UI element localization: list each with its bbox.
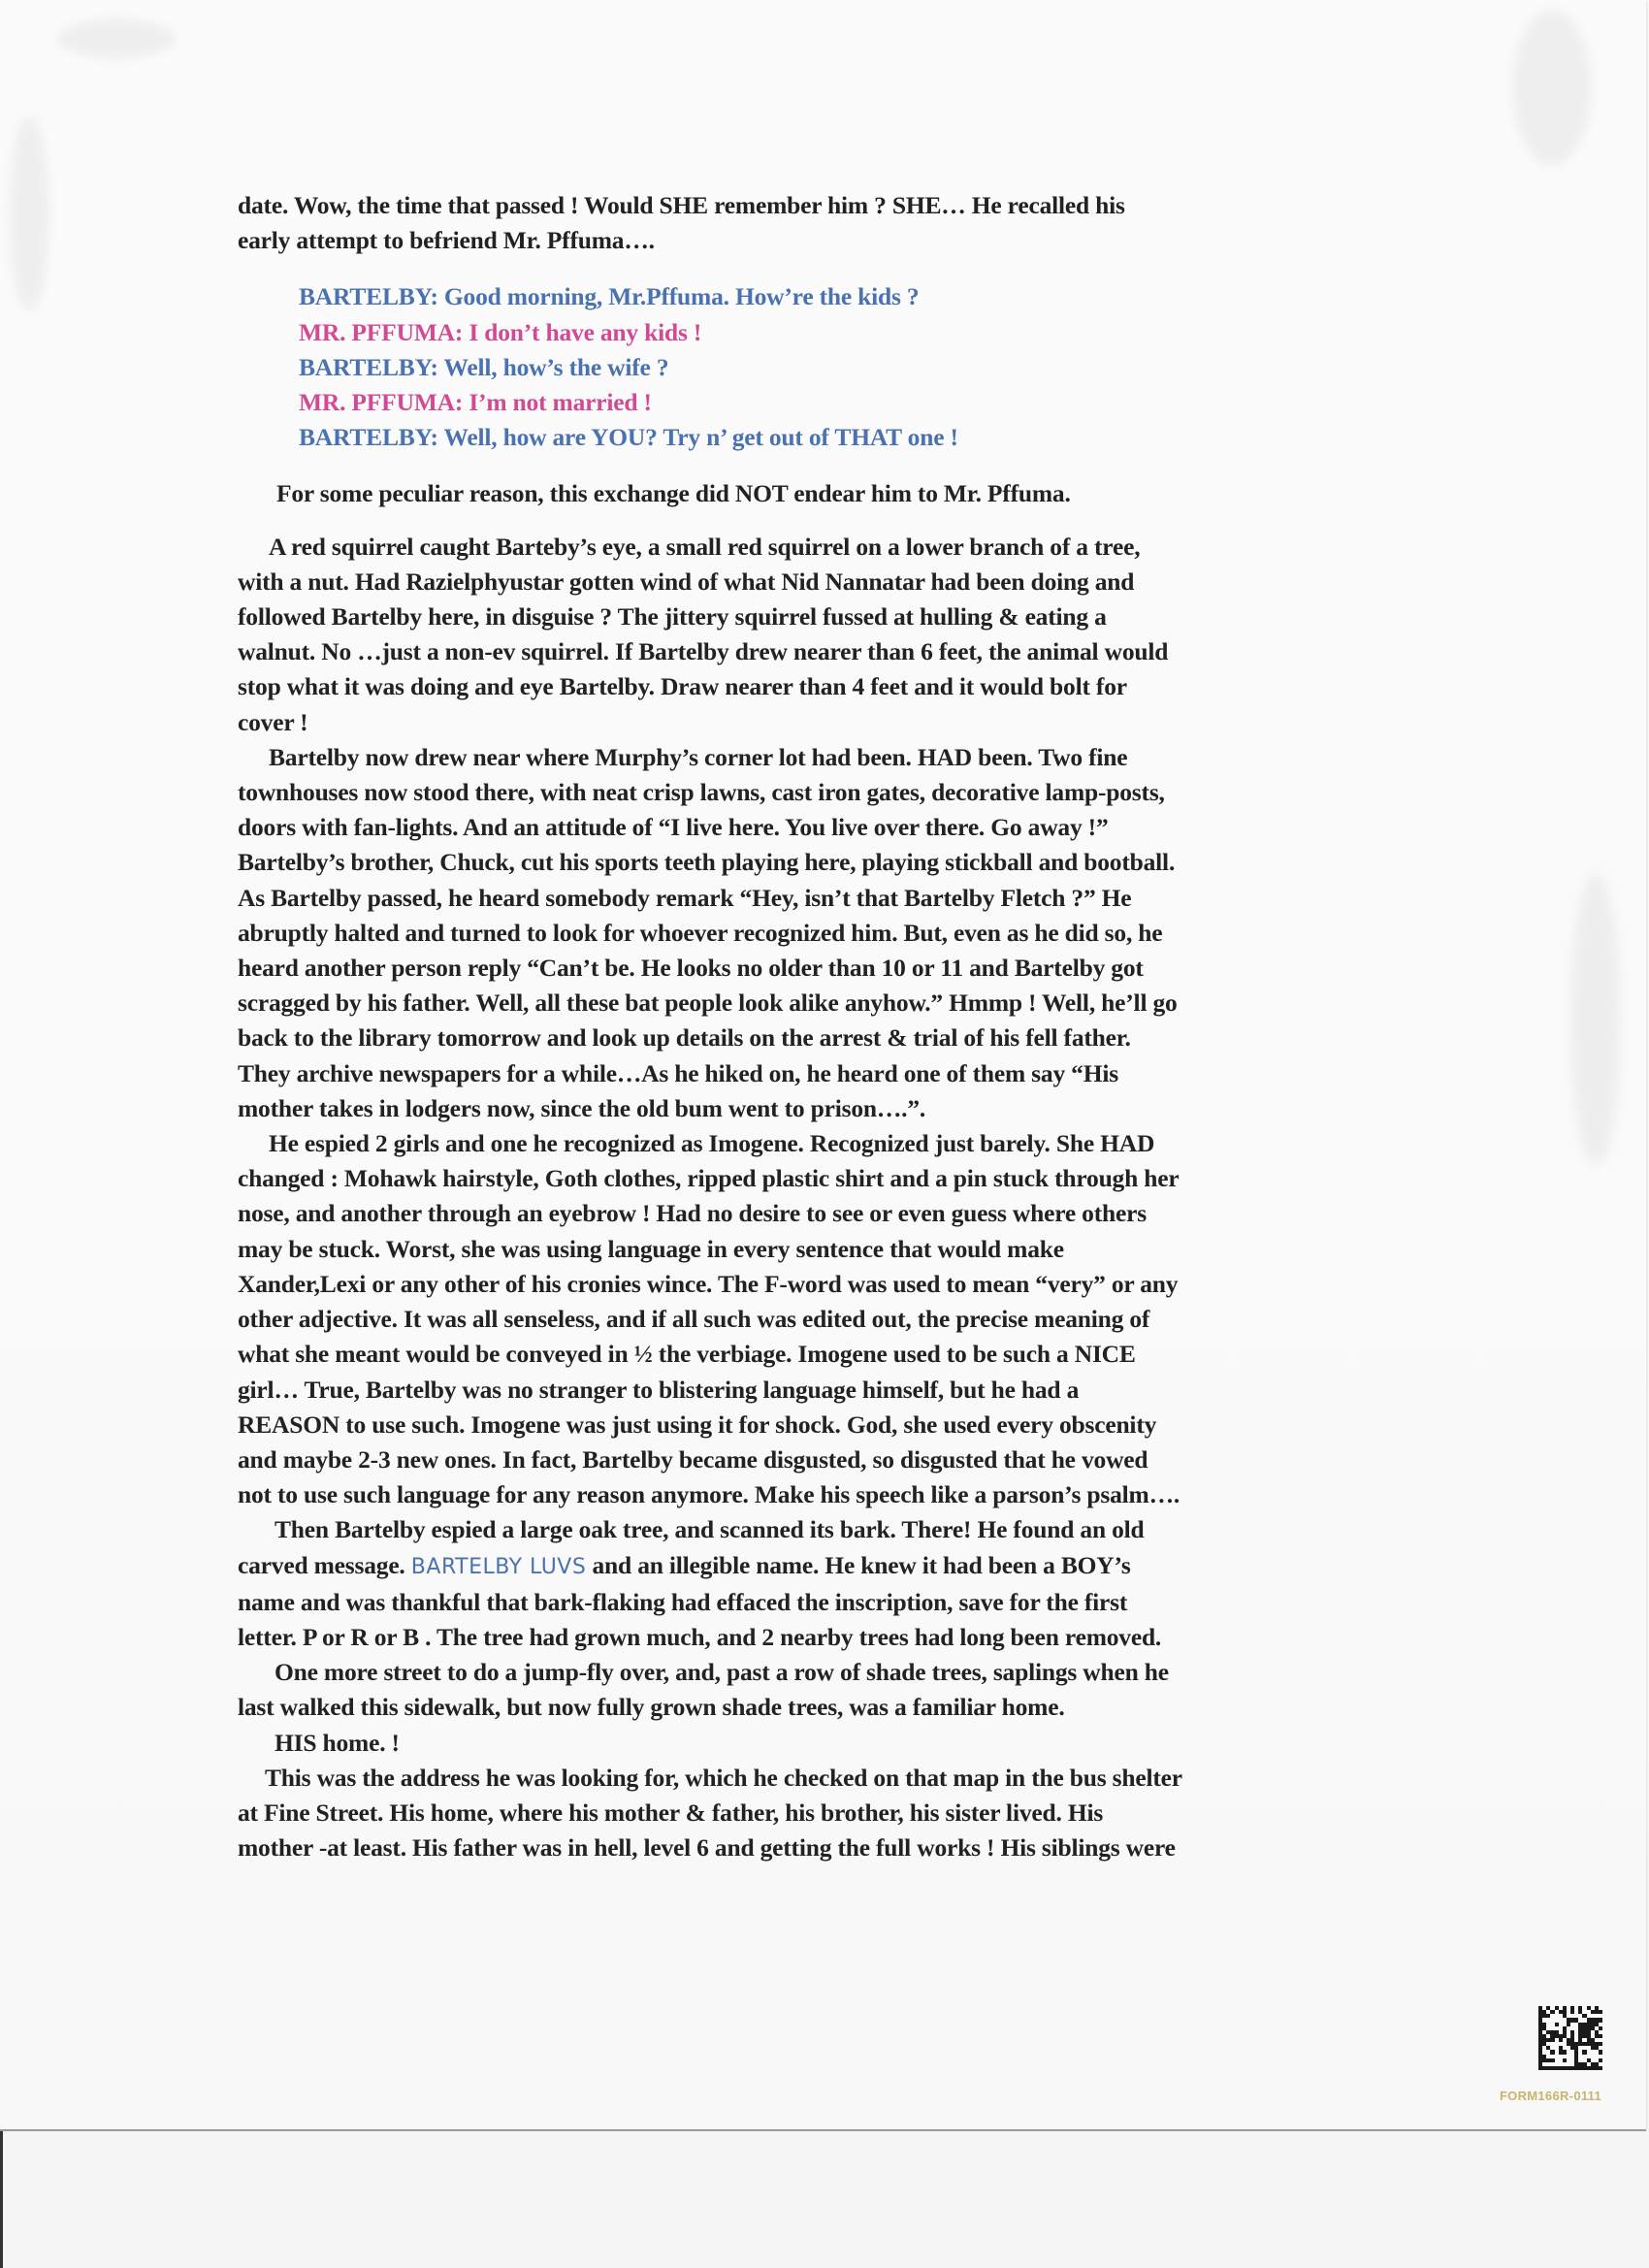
text-line: Bartelby now drew near where Murphy’s co… <box>238 740 1402 775</box>
text-line: last walked this sidewalk, but now fully… <box>238 1690 1402 1725</box>
address-paragraph: This was the address he was looking for,… <box>238 1761 1402 1866</box>
text-line: HIS home. ! <box>238 1726 1402 1761</box>
scanner-bed-background <box>0 2131 1649 2268</box>
text-line: As Bartelby passed, he heard somebody re… <box>238 881 1402 916</box>
text-line: date. Wow, the time that passed ! Would … <box>238 188 1402 223</box>
dialogue-line-bartelby: BARTELBY: Good morning, Mr.Pffuma. How’r… <box>299 279 1402 314</box>
dialogue-line-pffuma: MR. PFFUMA: I don’t have any kids ! <box>299 315 1402 350</box>
text-line: A red squirrel caught Barteby’s eye, a s… <box>238 530 1402 565</box>
text-line: cover ! <box>238 705 1402 740</box>
dialogue-line-bartelby: BARTELBY: Well, how are YOU? Try n’ get … <box>299 420 1402 455</box>
oak-tree-paragraph: Then Bartelby espied a large oak tree, a… <box>238 1512 1402 1655</box>
text-line: Then Bartelby espied a large oak tree, a… <box>238 1512 1402 1547</box>
scanned-page: date. Wow, the time that passed ! Would … <box>0 0 1646 2131</box>
scan-smudge <box>58 19 175 58</box>
text-line: may be stuck. Worst, she was using langu… <box>238 1232 1402 1267</box>
text-line: nose, and another through an eyebrow ! H… <box>238 1196 1402 1231</box>
text-line: Bartelby’s brother, Chuck, cut his sport… <box>238 845 1402 880</box>
dialogue-line-pffuma: MR. PFFUMA: I’m not married ! <box>299 385 1402 420</box>
text-line: at Fine Street. His home, where his moth… <box>238 1796 1402 1831</box>
text-line: walnut. No …just a non-ev squirrel. If B… <box>238 634 1402 669</box>
text-line: carved message. BARTELBY LUVS and an ill… <box>238 1548 1402 1585</box>
text-line: doors with fan-lights. And an attitude o… <box>238 810 1402 845</box>
text-line: He espied 2 girls and one he recognized … <box>238 1126 1402 1161</box>
text-line: early attempt to befriend Mr. Pffuma…. <box>238 223 1402 258</box>
scan-smudge <box>1513 10 1591 165</box>
scanner-edge <box>0 2131 3 2268</box>
dialogue-block: BARTELBY: Good morning, Mr.Pffuma. How’r… <box>299 279 1402 455</box>
text-line: mother takes in lodgers now, since the o… <box>238 1091 1402 1126</box>
text-line: with a nut. Had Razielphyustar gotten wi… <box>238 565 1402 599</box>
text-line: townhouses now stood there, with neat cr… <box>238 775 1402 810</box>
murphy-paragraph: Bartelby now drew near where Murphy’s co… <box>238 740 1402 1126</box>
opening-paragraph: date. Wow, the time that passed ! Would … <box>238 188 1402 258</box>
text-line: For some peculiar reason, this exchange … <box>276 476 1402 511</box>
scan-smudge <box>10 116 48 310</box>
text-line: followed Bartelby here, in disguise ? Th… <box>238 599 1402 634</box>
text-line: and maybe 2-3 new ones. In fact, Bartelb… <box>238 1442 1402 1477</box>
text-line: Xander,Lexi or any other of his cronies … <box>238 1267 1402 1302</box>
dialogue-line-bartelby: BARTELBY: Well, how’s the wife ? <box>299 350 1402 385</box>
form-id-label: FORM166R-0111 <box>1466 2089 1601 2103</box>
text-line: back to the library tomorrow and look up… <box>238 1021 1402 1055</box>
text-line: changed : Mohawk hairstyle, Goth clothes… <box>238 1161 1402 1196</box>
text-line: REASON to use such. Imogene was just usi… <box>238 1408 1402 1442</box>
text-fragment: carved message. <box>238 1551 411 1579</box>
text-line: scragged by his father. Well, all these … <box>238 986 1402 1021</box>
scan-smudge <box>1571 873 1620 1164</box>
text-line: stop what it was doing and eye Bartelby.… <box>238 669 1402 704</box>
text-line: One more street to do a jump-fly over, a… <box>238 1655 1402 1690</box>
text-fragment: and an illegible name. He knew it had be… <box>586 1551 1130 1579</box>
text-line: letter. P or R or B . The tree had grown… <box>238 1620 1402 1655</box>
datamatrix-barcode-icon <box>1538 2006 1602 2070</box>
text-line: abruptly halted and turned to look for w… <box>238 916 1402 951</box>
text-line: heard another person reply “Can’t be. He… <box>238 951 1402 986</box>
text-line: other adjective. It was all senseless, a… <box>238 1302 1402 1337</box>
his-home-paragraph: HIS home. ! <box>238 1726 1402 1761</box>
text-line: girl… True, Bartelby was no stranger to … <box>238 1373 1402 1408</box>
text-line: name and was thankful that bark-flaking … <box>238 1585 1402 1620</box>
text-line: This was the address he was looking for,… <box>238 1761 1402 1796</box>
carved-message: BARTELBY LUVS <box>411 1555 587 1579</box>
story-text: date. Wow, the time that passed ! Would … <box>238 188 1402 1865</box>
text-line: what she meant would be conveyed in ½ th… <box>238 1337 1402 1372</box>
text-line: They archive newspapers for a while…As h… <box>238 1056 1402 1091</box>
squirrel-paragraph: A red squirrel caught Barteby’s eye, a s… <box>238 530 1402 740</box>
text-line: not to use such language for any reason … <box>238 1477 1402 1512</box>
after-dialogue-paragraph: For some peculiar reason, this exchange … <box>238 476 1402 511</box>
street-paragraph: One more street to do a jump-fly over, a… <box>238 1655 1402 1725</box>
imogene-paragraph: He espied 2 girls and one he recognized … <box>238 1126 1402 1512</box>
text-line: mother -at least. His father was in hell… <box>238 1831 1402 1865</box>
